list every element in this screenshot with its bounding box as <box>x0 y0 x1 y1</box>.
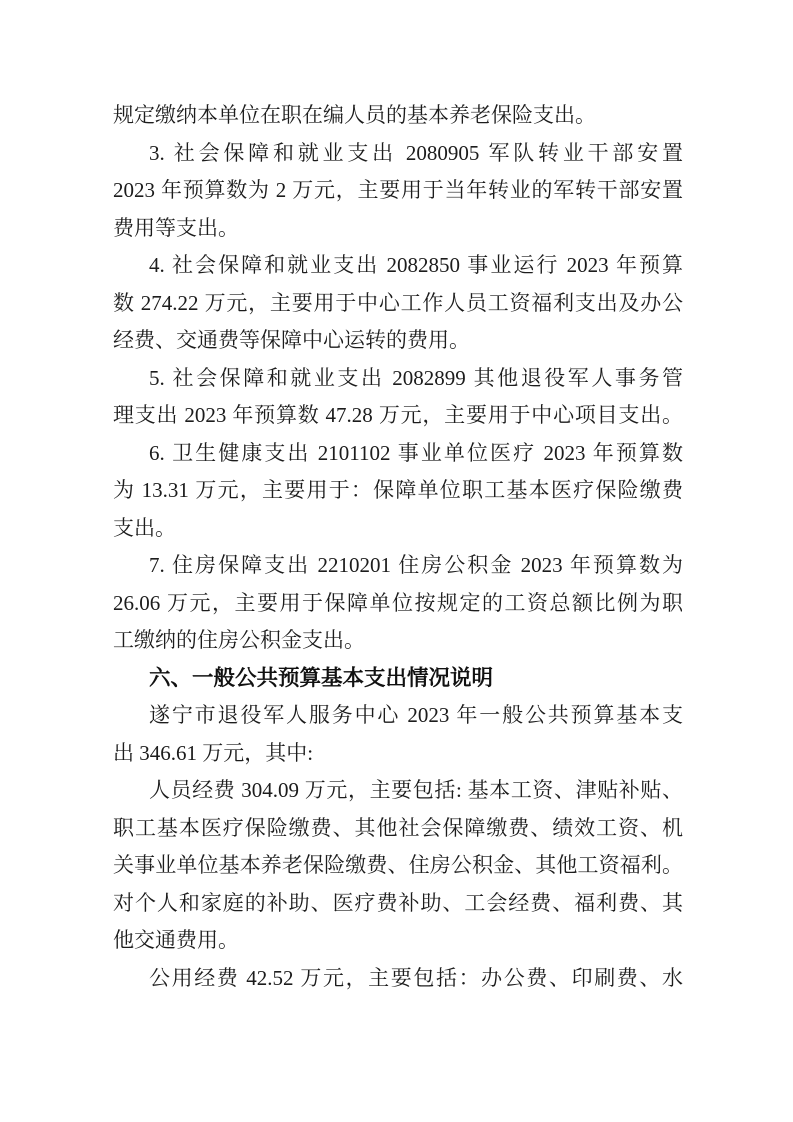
text-line: 数 274.22 万元，主要用于中心工作人员工资福利支出及办公 <box>113 285 683 323</box>
text-line: 公用经费 42.52 万元，主要包括：办公费、印刷费、水 <box>113 960 683 998</box>
text-line: 支出。 <box>113 510 683 548</box>
text-line: 2023 年预算数为 2 万元，主要用于当年转业的军转干部安置 <box>113 172 683 210</box>
document-content: 规定缴纳本单位在职在编人员的基本养老保险支出。3. 社会保障和就业支出 2080… <box>113 97 683 997</box>
text-line: 费用等支出。 <box>113 210 683 248</box>
text-line: 5. 社会保障和就业支出 2082899 其他退役军人事务管 <box>113 360 683 398</box>
text-line: 26.06 万元，主要用于保障单位按规定的工资总额比例为职 <box>113 585 683 623</box>
text-line: 工缴纳的住房公积金支出。 <box>113 622 683 660</box>
text-line: 职工基本医疗保险缴费、其他社会保障缴费、绩效工资、机 <box>113 810 683 848</box>
text-line: 对个人和家庭的补助、医疗费补助、工会经费、福利费、其 <box>113 885 683 923</box>
section-heading: 六、一般公共预算基本支出情况说明 <box>113 660 683 698</box>
text-line: 7. 住房保障支出 2210201 住房公积金 2023 年预算数为 <box>113 547 683 585</box>
text-line: 理支出 2023 年预算数 47.28 万元，主要用于中心项目支出。 <box>113 397 683 435</box>
text-line: 为 13.31 万元，主要用于：保障单位职工基本医疗保险缴费 <box>113 472 683 510</box>
text-line: 4. 社会保障和就业支出 2082850 事业运行 2023 年预算 <box>113 247 683 285</box>
text-line: 6. 卫生健康支出 2101102 事业单位医疗 2023 年预算数 <box>113 435 683 473</box>
text-line: 人员经费 304.09 万元，主要包括: 基本工资、津贴补贴、 <box>113 772 683 810</box>
text-line: 遂宁市退役军人服务中心 2023 年一般公共预算基本支 <box>113 697 683 735</box>
paragraph: 4. 社会保障和就业支出 2082850 事业运行 2023 年预算数 274.… <box>113 247 683 360</box>
text-line: 他交通费用。 <box>113 922 683 960</box>
paragraph: 人员经费 304.09 万元，主要包括: 基本工资、津贴补贴、职工基本医疗保险缴… <box>113 772 683 960</box>
text-line: 规定缴纳本单位在职在编人员的基本养老保险支出。 <box>113 97 683 135</box>
text-line: 经费、交通费等保障中心运转的费用。 <box>113 322 683 360</box>
text-line: 出 346.61 万元，其中: <box>113 735 683 773</box>
paragraph: 3. 社会保障和就业支出 2080905 军队转业干部安置2023 年预算数为 … <box>113 135 683 248</box>
text-line: 六、一般公共预算基本支出情况说明 <box>113 660 683 698</box>
paragraph: 5. 社会保障和就业支出 2082899 其他退役军人事务管理支出 2023 年… <box>113 360 683 435</box>
document-page: 规定缴纳本单位在职在编人员的基本养老保险支出。3. 社会保障和就业支出 2080… <box>0 0 793 1122</box>
paragraph: 规定缴纳本单位在职在编人员的基本养老保险支出。 <box>113 97 683 135</box>
paragraph: 7. 住房保障支出 2210201 住房公积金 2023 年预算数为26.06 … <box>113 547 683 660</box>
paragraph: 6. 卫生健康支出 2101102 事业单位医疗 2023 年预算数为 13.3… <box>113 435 683 548</box>
paragraph: 公用经费 42.52 万元，主要包括：办公费、印刷费、水 <box>113 960 683 998</box>
text-line: 关事业单位基本养老保险缴费、住房公积金、其他工资福利。 <box>113 847 683 885</box>
paragraph: 遂宁市退役军人服务中心 2023 年一般公共预算基本支出 346.61 万元，其… <box>113 697 683 772</box>
text-line: 3. 社会保障和就业支出 2080905 军队转业干部安置 <box>113 135 683 173</box>
